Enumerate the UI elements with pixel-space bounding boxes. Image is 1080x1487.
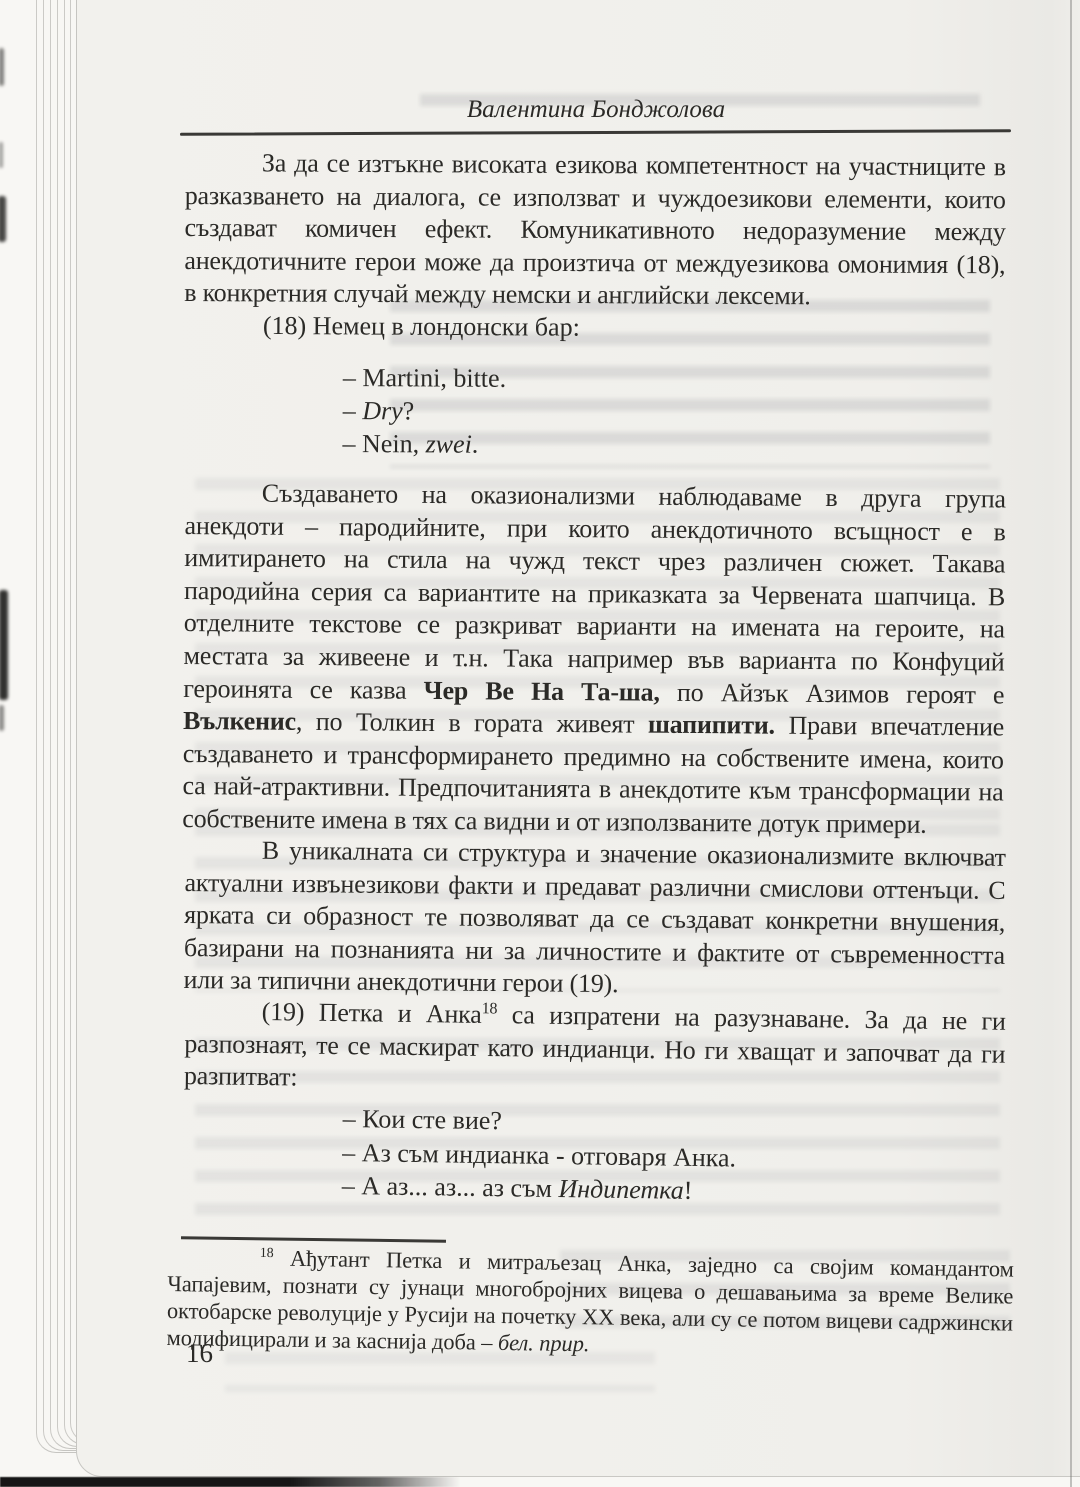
scan-smudge — [0, 196, 6, 242]
paragraph-intro: За да се изтъкне високата езикова компет… — [184, 147, 1006, 314]
dialogue-line: – Dry? — [343, 394, 506, 428]
italic-run: бел. прир. — [498, 1330, 590, 1356]
scanned-book-page: Валентина Бонджолова За да се изтъкне ви… — [0, 0, 1080, 1487]
footnote-ref-18: 18 — [482, 1000, 498, 1017]
bold-run: шапипити. — [648, 710, 775, 740]
footnote-number: 18 — [260, 1246, 274, 1261]
text-run: – — [343, 396, 363, 425]
text-run: . — [472, 430, 479, 459]
scan-smudge — [0, 142, 3, 168]
text-run: (19) Петка и Анка — [262, 997, 482, 1029]
paragraph-okazionalizmi: Създаването на оказионализми наблюдаваме… — [182, 477, 1006, 842]
scan-smudge — [0, 48, 4, 86]
footnote: 18 Ађутант Петка и митраљезац Анка, заје… — [166, 1243, 1014, 1364]
scan-smudge — [0, 705, 4, 731]
bold-run: Вълкенис — [183, 706, 296, 736]
text-run: Създаването на оказионализми наблюдаваме… — [183, 479, 1006, 705]
dialogue-line: – Nein, zwei. — [342, 427, 505, 461]
italic-run: Dry — [362, 396, 403, 425]
text-run: , по Толкин в гората живеят — [296, 707, 648, 739]
page-number: 16 — [186, 1338, 213, 1369]
paragraph-19: (19) Петка и Анка18 са изпратени на разу… — [184, 995, 1006, 1104]
paragraph-unikalna: В уникалната си структура и значение ока… — [183, 834, 1006, 1005]
example-18-dialogue: – Martini, bitte. – Dry? – Nein, zwei. — [342, 361, 506, 461]
scan-bottom-shadow — [0, 1477, 470, 1487]
dialogue-line: – Martini, bitte. — [343, 361, 506, 395]
text-run: – А аз... аз... аз съм — [342, 1171, 559, 1203]
text-run: ? — [403, 396, 415, 425]
bold-run: Чер Ве На Та-ша, — [424, 675, 660, 706]
text-run: – Nein, — [342, 429, 425, 458]
text-run: по Айзък Азимов героят е — [660, 677, 1005, 709]
text-run: Ађутант Петка и митраљезац Анка, заједно… — [166, 1246, 1013, 1355]
dialogue-line: – А аз... аз... аз съм Индипетка! — [342, 1169, 736, 1208]
italic-run: Индипетка — [558, 1174, 684, 1205]
example-18-intro: (18) Немец в лондонски бар: — [263, 309, 580, 344]
running-head-author: Валентина Бонджолова — [185, 96, 1007, 124]
text-run: ! — [684, 1176, 693, 1205]
dialogue-line: – Кои сте вие? — [343, 1102, 737, 1141]
italic-run: zwei — [426, 429, 472, 458]
dialogue-line: – Аз съм индианка - отговаря Анка. — [342, 1135, 736, 1174]
example-19-dialogue: – Кои сте вие? – Аз съм индианка - отгов… — [342, 1102, 737, 1208]
page-right-edge — [1070, 0, 1072, 1487]
scan-smudge — [0, 590, 8, 700]
